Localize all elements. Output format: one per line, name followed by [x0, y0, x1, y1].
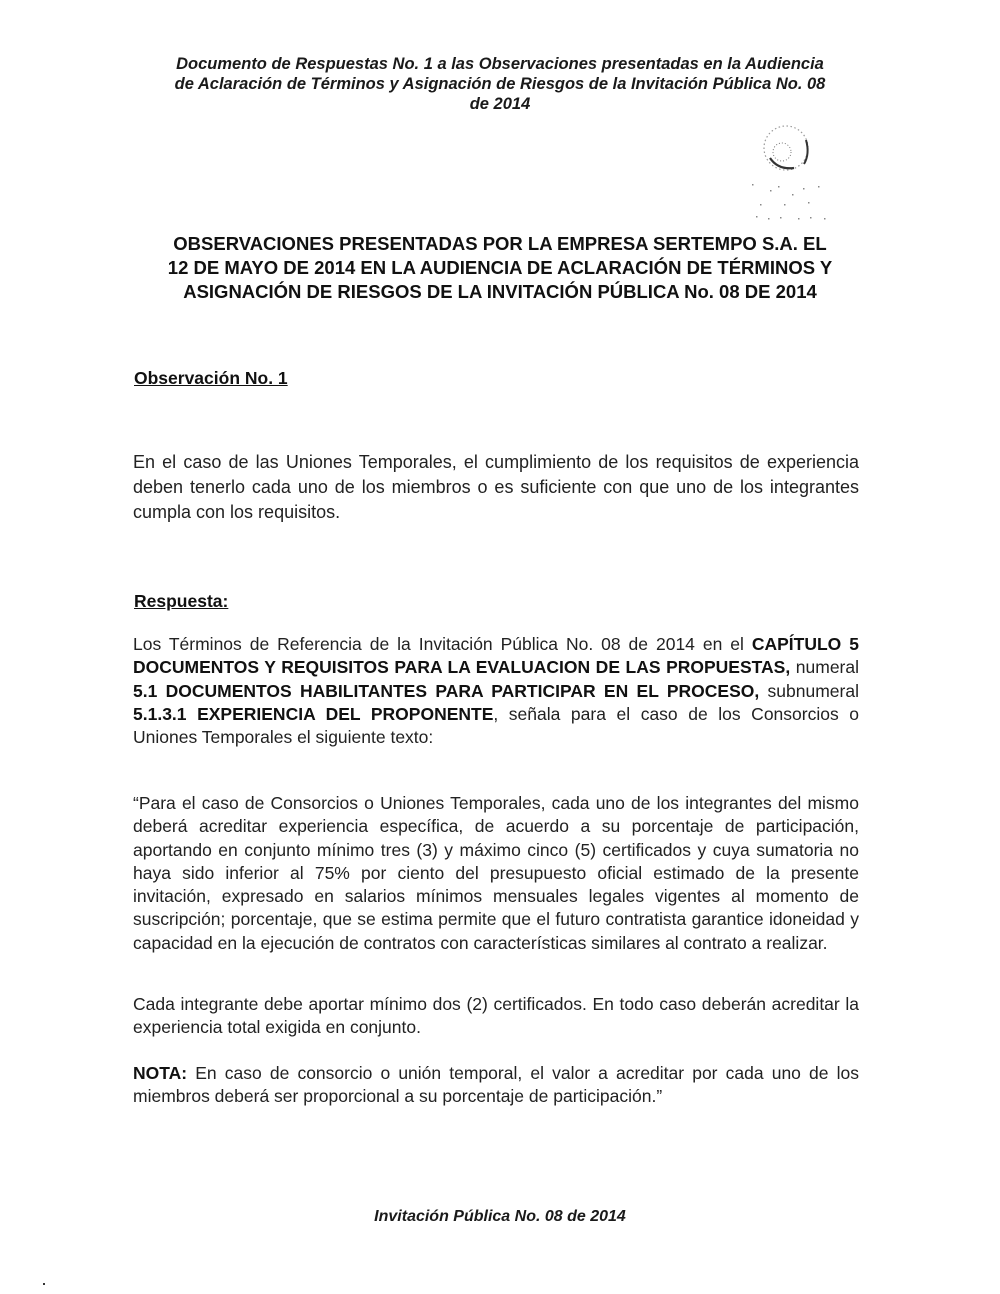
title-line-3: ASIGNACIÓN DE RIESGOS DE LA INVITACIÓN P… — [130, 280, 870, 304]
scan-speck — [43, 1283, 45, 1285]
certificates-paragraph: Cada integrante debe aportar mínimo dos … — [133, 993, 859, 1039]
observation-heading: Observación No. 1 — [134, 368, 288, 389]
header-line-2: de Aclaración de Términos y Asignación d… — [130, 74, 870, 94]
header-line-1: Documento de Respuestas No. 1 a las Obse… — [130, 54, 870, 74]
numeral-reference: 5.1 DOCUMENTOS HABILITANTES PARA PARTICI… — [133, 681, 759, 701]
note-label: NOTA: — [133, 1063, 187, 1083]
header-line-3: de 2014 — [130, 94, 870, 114]
document-header: Documento de Respuestas No. 1 a las Obse… — [130, 54, 870, 114]
observation-text: En el caso de las Uniones Temporales, el… — [133, 450, 859, 525]
response-heading: Respuesta: — [134, 591, 228, 612]
response-intro: Los Términos de Referencia de la Invitac… — [133, 633, 859, 749]
quoted-terms-text: “Para el caso de Consorcios o Uniones Te… — [133, 792, 859, 955]
title-line-2: 12 DE MAYO DE 2014 EN LA AUDIENCIA DE AC… — [130, 256, 870, 280]
page-footer: Invitación Pública No. 08 de 2014 — [320, 1208, 680, 1226]
response-intro-part-3: subnumeral — [759, 681, 859, 701]
subnumeral-reference: 5.1.3.1 EXPERIENCIA DEL PROPONENTE — [133, 704, 493, 724]
note-paragraph: NOTA: En caso de consorcio o unión tempo… — [133, 1062, 859, 1108]
response-intro-part-2: numeral — [790, 657, 859, 677]
response-intro-part-1: Los Términos de Referencia de la Invitac… — [133, 634, 752, 654]
institutional-seal-icon — [748, 118, 838, 228]
note-text: En caso de consorcio o unión temporal, e… — [133, 1063, 859, 1106]
title-line-1: OBSERVACIONES PRESENTADAS POR LA EMPRESA… — [130, 232, 870, 256]
document-title: OBSERVACIONES PRESENTADAS POR LA EMPRESA… — [130, 232, 870, 304]
